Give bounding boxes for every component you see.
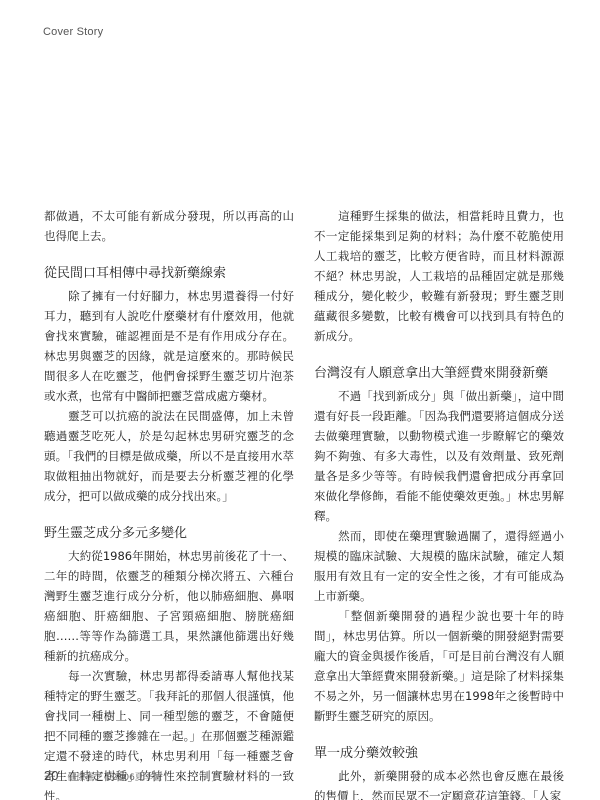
paragraph: 除了擁有一付好腳力，林忠男還養得一付好耳力，聽到有人說吃什麼藥材有什麼效用，他就…: [44, 286, 294, 406]
section-heading: 單一成分藥效較強: [314, 744, 564, 764]
section-heading: 從民間口耳相傳中尋找新藥線索: [44, 264, 294, 284]
section-label: Cover Story: [43, 26, 103, 38]
paragraph: 此外，新藥開發的成本必然也會反應在最後的售價上，然而民眾不一定願意花這筆錢。「人…: [314, 766, 564, 800]
paragraph: 大約從1986年開始，林忠男前後花了十一、二年的時間，依靈芝的種類分梯次將五、六…: [44, 546, 294, 666]
left-column: 都做過，不太可能有新成分發現，所以再高的山也得爬上去。 從民間口耳相傳中尋找新藥…: [44, 206, 294, 800]
paragraph: 不過「找到新成分」與「做出新藥」，這中間還有好長一段距離。「因為我們還要將這個成…: [314, 386, 564, 526]
page-footer: 20 健康靈芝 I 2006夏季號: [44, 768, 162, 783]
section-heading: 野生靈芝成分多元多變化: [44, 524, 294, 544]
paragraph: 然而，即使在藥理實驗過關了，還得經過小規模的臨床試驗、大規模的臨床試驗，確定人類…: [314, 526, 564, 606]
page-number: 20: [44, 768, 58, 783]
publication-info: 健康靈芝 I 2006夏季號: [68, 773, 162, 783]
right-column: 這種野生採集的做法，相當耗時且費力，也不一定能採集到足夠的材料；為什麼不乾脆使用…: [314, 206, 564, 800]
paragraph: 都做過，不太可能有新成分發現，所以再高的山也得爬上去。: [44, 206, 294, 246]
paragraph: 靈芝可以抗癌的說法在民間盛傳，加上未曾聽過靈芝吃死人，於是勾起林忠男研究靈芝的念…: [44, 406, 294, 506]
paragraph: 「整個新藥開發的過程少說也要十年的時間」，林忠男估算。所以一個新藥的開發絕對需要…: [314, 606, 564, 726]
section-heading: 台灣沒有人願意拿出大筆經費來開發新藥: [314, 364, 564, 384]
paragraph: 這種野生採集的做法，相當耗時且費力，也不一定能採集到足夠的材料；為什麼不乾脆使用…: [314, 206, 564, 346]
